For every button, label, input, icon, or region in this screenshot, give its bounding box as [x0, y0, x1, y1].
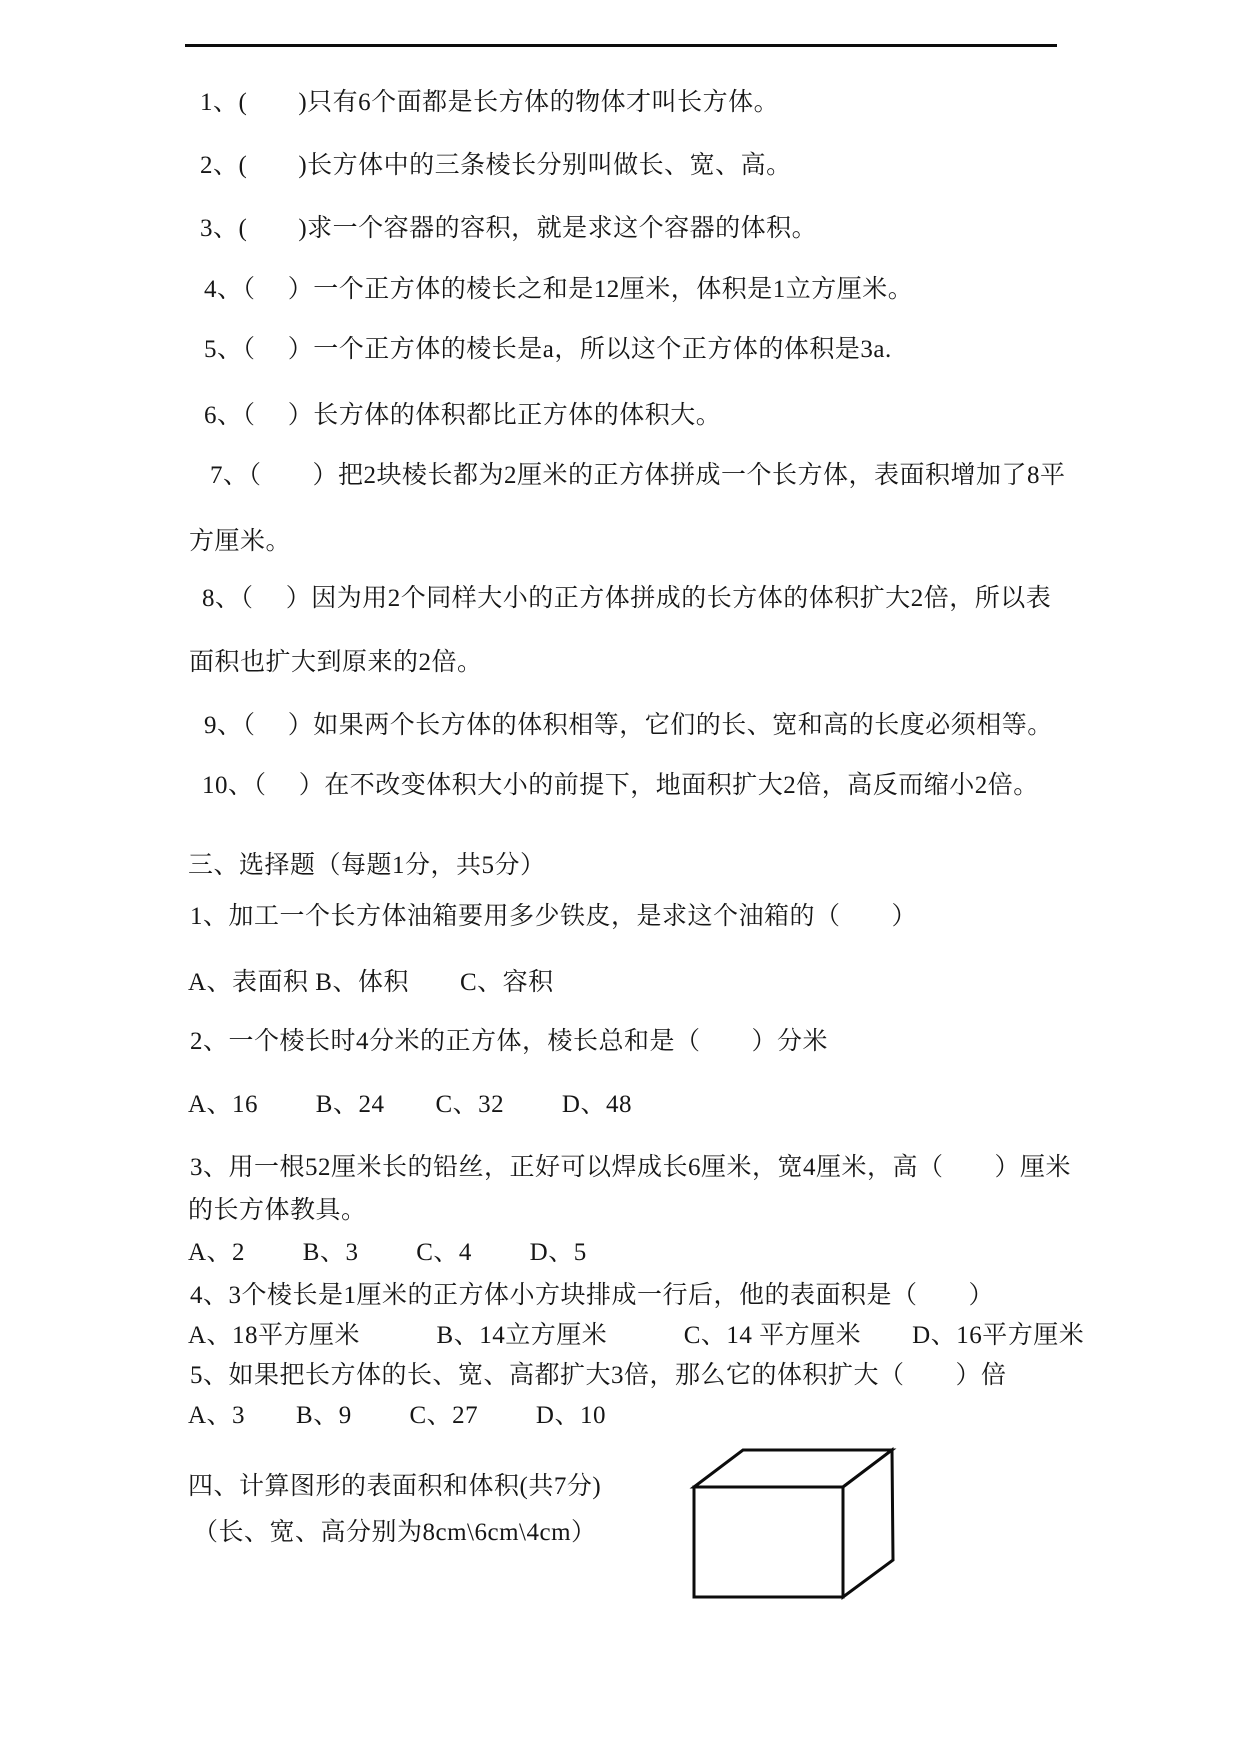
choice-options-1: A、表面积 B、体积 C、容积: [188, 963, 554, 1003]
judge-question-9: 9、（ ）如果两个长方体的体积相等，它们的长、宽和高的长度必须相等。: [204, 706, 1053, 746]
judge-question-5: 5、（ ）一个正方体的棱长是a，所以这个正方体的体积是3a.: [204, 330, 892, 370]
choice-options-5: A、3 B、9 C、27 D、10: [188, 1396, 606, 1436]
choice-question-2: 2、一个棱长时4分米的正方体，棱长总和是（ ）分米: [190, 1022, 828, 1062]
judge-question-6: 6、（ ）长方体的体积都比正方体的体积大。: [204, 396, 721, 436]
choice-options-3: A、2 B、3 C、4 D、5: [188, 1233, 587, 1273]
worksheet-page: 1、( )只有6个面都是长方体的物体才叫长方体。 2、( )长方体中的三条棱长分…: [0, 0, 1241, 1754]
choice-options-2: A、16 B、24 C、32 D、48: [188, 1085, 632, 1125]
choice-question-1: 1、加工一个长方体油箱要用多少铁皮，是求这个油箱的（ ）: [190, 897, 917, 937]
judge-question-7-cont: 方厘米。: [189, 522, 291, 562]
judge-question-3: 3、( )求一个容器的容积，就是求这个容器的体积。: [200, 209, 817, 249]
calc-dimensions-note: （长、宽、高分别为8cm\6cm\4cm）: [193, 1513, 597, 1553]
judge-question-4: 4、（ ）一个正方体的棱长之和是12厘米，体积是1立方厘米。: [204, 270, 913, 310]
top-divider-line: [185, 44, 1057, 47]
judge-question-2: 2、( )长方体中的三条棱长分别叫做长、宽、高。: [200, 146, 792, 186]
judge-question-8: 8、（ ）因为用2个同样大小的正方体拼成的长方体的体积扩大2倍，所以表: [202, 579, 1051, 619]
judge-question-10: 10、（ ）在不改变体积大小的前提下，地面积扩大2倍，高反而缩小2倍。: [202, 766, 1039, 806]
choice-question-3: 3、用一根52厘米长的铅丝，正好可以焊成长6厘米，宽4厘米，高（ ）厘米: [190, 1148, 1071, 1188]
judge-question-7: 7、（ ）把2块棱长都为2厘米的正方体拼成一个长方体，表面积增加了8平: [210, 456, 1066, 496]
judge-question-1: 1、( )只有6个面都是长方体的物体才叫长方体。: [200, 83, 779, 123]
choice-question-5: 5、如果把长方体的长、宽、高都扩大3倍，那么它的体积扩大（ ）倍: [190, 1356, 1007, 1396]
judge-question-8-cont: 面积也扩大到原来的2倍。: [189, 643, 483, 683]
section-calc-header: 四、计算图形的表面积和体积(共7分): [188, 1467, 601, 1507]
choice-question-4: 4、3个棱长是1厘米的正方体小方块排成一行后，他的表面积是（ ）: [190, 1276, 994, 1316]
choice-options-4: A、18平方厘米 B、14立方厘米 C、14 平方厘米 D、16平方厘米: [188, 1316, 1084, 1356]
cuboid-figure: [680, 1440, 910, 1610]
cuboid-front-face: [694, 1487, 843, 1597]
section-choice-header: 三、选择题（每题1分，共5分）: [188, 846, 546, 886]
choice-question-3-cont: 的长方体教具。: [188, 1191, 367, 1231]
